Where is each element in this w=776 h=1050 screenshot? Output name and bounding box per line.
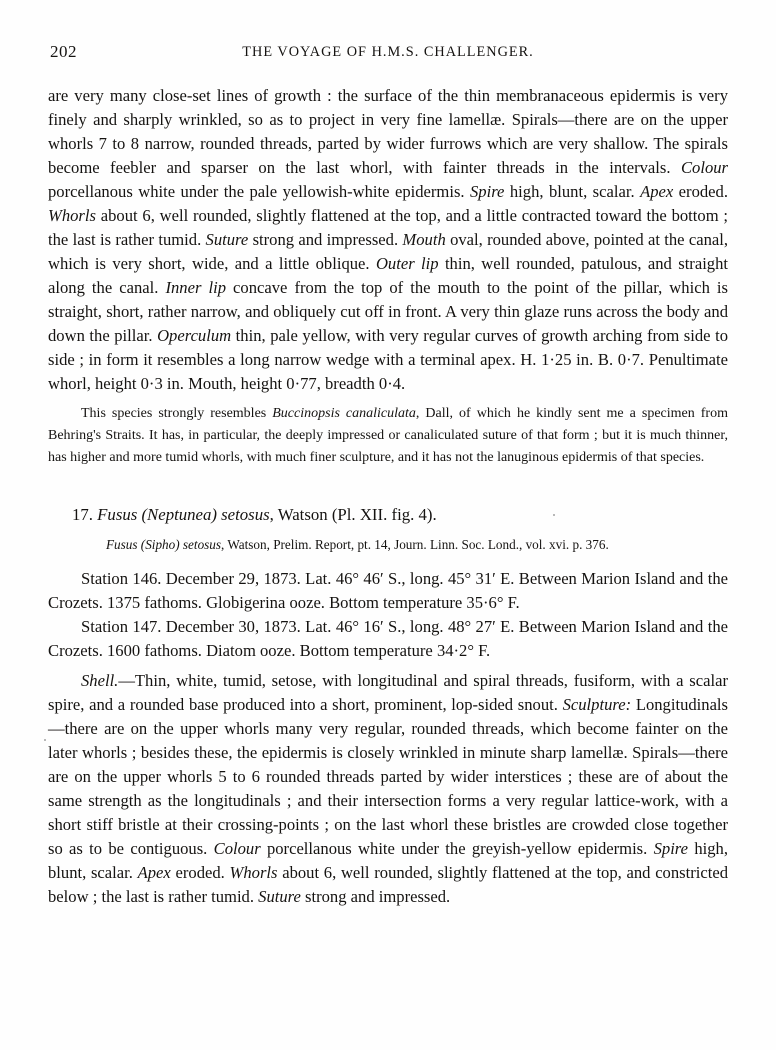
text-run: , Watson, Prelim. Report, pt. 14, Journ.… [221, 537, 609, 552]
italic-text-run: Fusus (Neptunea) setosus [97, 505, 269, 524]
book-page: 202 THE VOYAGE OF H.M.S. CHALLENGER. are… [0, 0, 776, 1050]
text-run: porcellanous white under the pale yellow… [48, 182, 470, 201]
italic-text-run: Operculum [157, 326, 231, 345]
comparison-note-paragraph: This species strongly resembles Buccinop… [48, 403, 728, 469]
text-run: strong and impressed. [248, 230, 402, 249]
text-run: , Watson (Pl. XII. fig. 4). [270, 505, 437, 524]
italic-text-run: Buccinopsis canaliculata [272, 406, 416, 421]
italic-text-run: Shell. [81, 671, 118, 690]
page-header: 202 THE VOYAGE OF H.M.S. CHALLENGER. [48, 42, 728, 62]
italic-text-run: Spire [654, 839, 688, 858]
text-run: eroded. [673, 182, 728, 201]
italic-text-run: Suture [258, 887, 301, 906]
italic-text-run: Whorls [230, 863, 278, 882]
station-147-paragraph: Station 147. December 30, 1873. Lat. 46°… [48, 615, 728, 663]
italic-text-run: Colour [681, 158, 728, 177]
italic-text-run: Spire [470, 182, 504, 201]
synonymy-citation: Fusus (Sipho) setosus, Watson, Prelim. R… [106, 536, 728, 554]
italic-text-run: Mouth [402, 230, 445, 249]
text-run: eroded. [171, 863, 230, 882]
text-run: strong and impressed. [301, 887, 450, 906]
page-body: are very many close-set lines of growth … [48, 84, 728, 909]
running-title: THE VOYAGE OF H.M.S. CHALLENGER. [48, 42, 728, 61]
italic-text-run: Inner lip [165, 278, 226, 297]
italic-text-run: Outer lip [376, 254, 439, 273]
text-run: Longitudinals—there are on the upper who… [48, 695, 728, 858]
scan-artifact-dot [44, 739, 46, 741]
page-number: 202 [50, 42, 77, 62]
text-run: are very many close-set lines of growth … [48, 86, 728, 177]
italic-text-run: Sculpture: [563, 695, 632, 714]
italic-text-run: Apex [640, 182, 673, 201]
italic-text-run: Fusus (Sipho) setosus [106, 537, 221, 552]
italic-text-run: Apex [138, 863, 171, 882]
text-run: porcellanous white under the greyish-yel… [261, 839, 654, 858]
italic-text-run: Colour [214, 839, 261, 858]
italic-text-run: Whorls [48, 206, 96, 225]
continuation-paragraph: are very many close-set lines of growth … [48, 84, 728, 396]
station-146-paragraph: Station 146. December 29, 1873. Lat. 46°… [48, 567, 728, 615]
scan-artifact-dot [553, 514, 555, 516]
shell-description-paragraph: Shell.—Thin, white, tumid, setose, with … [48, 669, 728, 909]
species-heading: 17. Fusus (Neptunea) setosus, Watson (Pl… [72, 503, 728, 527]
text-run: This species strongly resembles [81, 406, 272, 421]
text-run: 17. [72, 505, 97, 524]
text-run: Station 147. December 30, 1873. Lat. 46°… [48, 617, 728, 660]
text-run: high, blunt, scalar. [504, 182, 640, 201]
italic-text-run: Suture [206, 230, 249, 249]
text-run: Station 146. December 29, 1873. Lat. 46°… [48, 569, 728, 612]
